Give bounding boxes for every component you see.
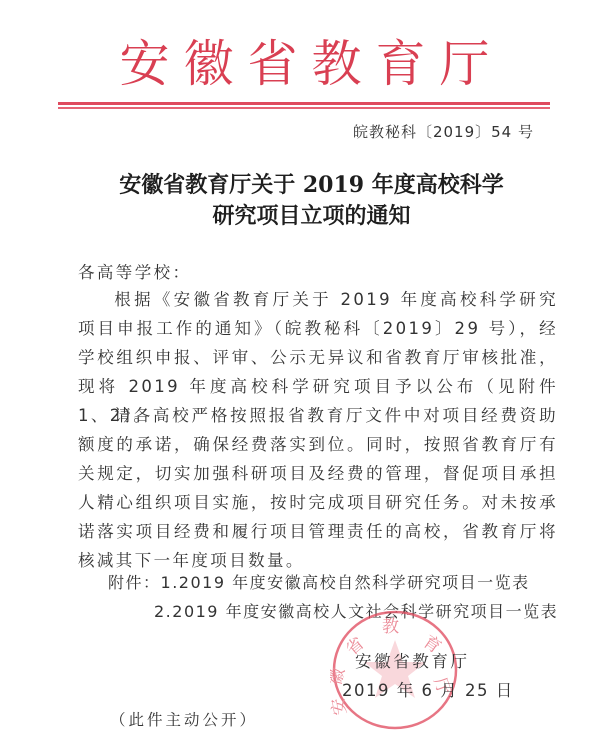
masthead-title: 安徽省教育厅: [0, 34, 613, 94]
issuer-name: 安徽省教育厅: [355, 648, 470, 672]
paragraph-text: 请各高校严格按照报省教育厅文件中对项目经费资助额度的承诺，确保经费落实到位。同时…: [78, 401, 558, 575]
document-title: 安徽省教育厅关于 2019 年度高校科学 研究项目立项的通知: [0, 170, 613, 232]
document-number: 皖教秘科〔2019〕54 号: [353, 121, 534, 142]
salutation: 各高等学校：: [78, 259, 191, 283]
masthead-rule-thin: [58, 107, 550, 109]
masthead-rule-thick: [58, 102, 550, 105]
title-line-2: 研究项目立项的通知: [0, 201, 613, 232]
issue-date: 2019 年 6 月 25 日: [342, 677, 514, 701]
title-line-1: 安徽省教育厅关于 2019 年度高校科学: [0, 170, 613, 201]
attachment-item-1: 附件：1.2019 年度安徽高校自然科学研究项目一览表: [108, 568, 558, 597]
body-paragraph-2: 请各高校严格按照报省教育厅文件中对项目经费资助额度的承诺，确保经费落实到位。同时…: [78, 401, 558, 575]
attachments-list: 附件：1.2019 年度安徽高校自然科学研究项目一览表 2.2019 年度安徽高…: [108, 568, 558, 626]
attachments-label: 附件：: [108, 573, 161, 592]
disclosure-note: （此件主动公开）: [110, 708, 258, 730]
attachment-item-2: 2.2019 年度安徽高校人文社会科学研究项目一览表: [108, 597, 558, 626]
